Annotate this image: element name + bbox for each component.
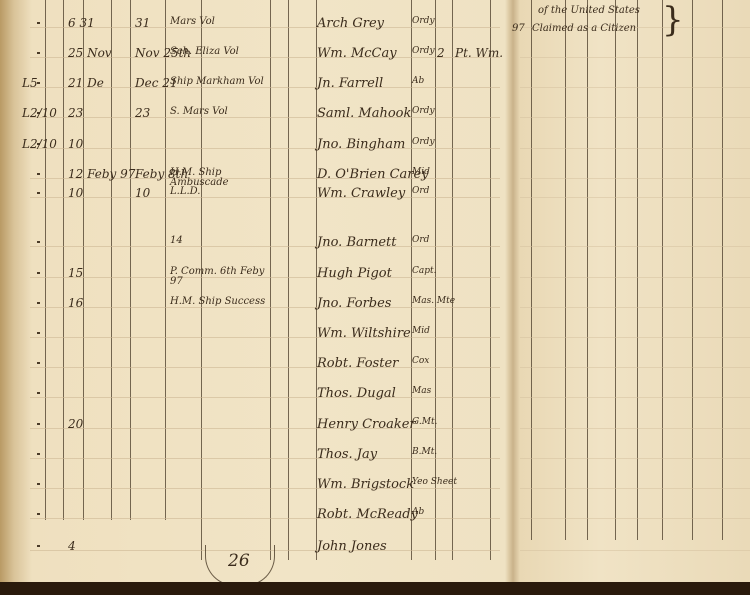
row-dot xyxy=(37,392,40,394)
row-rule xyxy=(30,397,500,398)
row-rule xyxy=(520,488,750,489)
row-mark: L2/10 xyxy=(22,107,57,119)
row-rule xyxy=(520,550,750,551)
row-name: Robt. Foster xyxy=(317,357,398,370)
row-extra1: 2 xyxy=(437,47,445,59)
row-quality: Capt. xyxy=(412,267,437,276)
row-whither: L.L.D. xyxy=(170,187,270,197)
row-name: Saml. Mahook xyxy=(317,107,411,120)
row-rule xyxy=(520,117,750,118)
row-dot xyxy=(37,22,40,24)
row-day: 4 xyxy=(68,540,76,552)
row-whither: H.M. Ship Success xyxy=(170,297,270,307)
row-quality: Mas xyxy=(412,387,431,396)
row-quality: Ab xyxy=(412,508,424,517)
row-rule xyxy=(30,337,500,338)
row-dot xyxy=(37,332,40,334)
row-day: 6 31 xyxy=(68,17,95,29)
row-name: Jn. Farrell xyxy=(317,77,383,90)
row-whither: Mars Vol xyxy=(170,17,270,27)
column-rule xyxy=(587,0,588,540)
row-dot xyxy=(37,453,40,455)
row-quality: Ordy xyxy=(412,138,435,147)
row-dot xyxy=(37,52,40,54)
row-dot xyxy=(37,423,40,425)
column-rule xyxy=(722,0,723,540)
row-rule xyxy=(520,367,750,368)
row-rule xyxy=(30,488,500,489)
row-dot xyxy=(37,192,40,194)
row-whither: Sch. Eliza Vol xyxy=(170,47,270,57)
ledger-page-scan: 6 3131Mars VolArch GreyOrdy25 NovNov 25t… xyxy=(0,0,750,587)
row-name: Jno. Bingham xyxy=(317,138,405,151)
row-mark: L2/10 xyxy=(22,138,57,150)
row-quality: Cox xyxy=(412,357,429,366)
row-quality: G.Mt. xyxy=(412,418,437,427)
row-quality: Ord xyxy=(412,187,429,196)
row-quality: Mid xyxy=(412,327,430,336)
row-day: 16 xyxy=(68,297,83,309)
row-date: 31 xyxy=(135,17,150,29)
row-quality: Yeo Sheet xyxy=(412,478,457,487)
column-rule xyxy=(111,0,112,520)
book-edge xyxy=(0,582,750,595)
row-quality: Ordy xyxy=(412,47,435,56)
row-name: John Jones xyxy=(317,540,387,553)
row-whither: P. Comm. 6th Feby 97 xyxy=(170,267,270,287)
row-dot xyxy=(37,241,40,243)
row-date: 10 xyxy=(135,187,150,199)
column-rule xyxy=(130,0,131,520)
row-name: Wm. Brigstock xyxy=(317,478,414,491)
note-line-1: of the United States xyxy=(538,6,640,16)
row-rule xyxy=(520,277,750,278)
row-rule xyxy=(30,246,500,247)
row-quality: B.Mt. xyxy=(412,448,437,457)
row-name: Hugh Pigot xyxy=(317,267,392,280)
row-quality: Ordy xyxy=(412,17,435,26)
row-whither: S. Mars Vol xyxy=(170,107,270,117)
row-rule xyxy=(30,27,500,28)
row-name: Robt. McReady xyxy=(317,508,418,521)
column-rule xyxy=(270,0,271,560)
row-dot xyxy=(37,362,40,364)
row-name: Jno. Forbes xyxy=(317,297,391,310)
row-rule xyxy=(520,87,750,88)
row-name: Arch Grey xyxy=(317,17,384,30)
row-name: Wm. McCay xyxy=(317,47,397,60)
row-rule xyxy=(520,397,750,398)
row-whither: H.M. Ship Ambuscade xyxy=(170,168,270,188)
row-name: Wm. Wiltshire xyxy=(317,327,411,340)
row-dot xyxy=(37,483,40,485)
row-dot xyxy=(37,272,40,274)
row-rule xyxy=(30,367,500,368)
row-rule xyxy=(30,518,500,519)
row-dot xyxy=(37,173,40,175)
row-rule xyxy=(30,117,500,118)
row-day: 25 Nov xyxy=(68,47,112,59)
row-quality: Ordy xyxy=(412,107,435,116)
row-whither: Ship Markham Vol xyxy=(170,77,270,87)
row-dot xyxy=(37,302,40,304)
row-day: 23 xyxy=(68,107,83,119)
row-rule xyxy=(520,518,750,519)
column-rule xyxy=(692,0,693,540)
row-mark: L5 xyxy=(22,77,38,89)
row-name: Thos. Dugal xyxy=(317,387,396,400)
row-rule xyxy=(520,57,750,58)
column-rule xyxy=(565,0,566,540)
page-number: 26 xyxy=(228,553,250,570)
row-rule xyxy=(520,458,750,459)
column-rule xyxy=(288,0,289,560)
row-rule xyxy=(30,197,500,198)
row-rule xyxy=(520,307,750,308)
row-rule xyxy=(30,148,500,149)
row-dot xyxy=(37,513,40,515)
row-dot xyxy=(37,545,40,547)
row-day: 12 Feby 97 xyxy=(68,168,135,180)
column-rule xyxy=(637,0,638,540)
row-rule xyxy=(520,197,750,198)
row-quality: Ab xyxy=(412,77,424,86)
row-rule xyxy=(30,458,500,459)
row-whither: 14 xyxy=(170,236,270,246)
row-quality: Mas. Mte xyxy=(412,297,455,306)
row-rule xyxy=(520,246,750,247)
row-day: 10 xyxy=(68,187,83,199)
row-rule xyxy=(30,307,500,308)
row-name: Thos. Jay xyxy=(317,448,377,461)
row-day: 15 xyxy=(68,267,83,279)
column-rule xyxy=(63,0,64,520)
row-quality: Ord xyxy=(412,236,429,245)
row-day: 20 xyxy=(68,418,83,430)
row-rule xyxy=(520,178,750,179)
note-line-2: Claimed as a Citizen xyxy=(532,24,636,34)
row-rule xyxy=(520,337,750,338)
column-rule xyxy=(490,0,491,560)
row-date: 23 xyxy=(135,107,150,119)
row-rule xyxy=(520,428,750,429)
column-rule xyxy=(45,0,46,520)
row-name: Jno. Barnett xyxy=(317,236,396,249)
row-day: 21 De xyxy=(68,77,104,89)
column-rule xyxy=(452,0,453,560)
row-rule xyxy=(520,148,750,149)
note-number: 97 xyxy=(512,24,525,34)
row-rule xyxy=(30,428,500,429)
row-name: Henry Croaker xyxy=(317,418,416,431)
brace-glyph: } xyxy=(662,0,684,40)
row-quality: Mid xyxy=(412,168,430,177)
row-name: Wm. Crawley xyxy=(317,187,405,200)
column-rule xyxy=(435,0,436,560)
row-extra2: Pt. Wm. xyxy=(455,47,503,59)
column-rule xyxy=(531,0,532,540)
row-day: 10 xyxy=(68,138,83,150)
column-rule xyxy=(662,0,663,540)
column-rule xyxy=(615,0,616,540)
